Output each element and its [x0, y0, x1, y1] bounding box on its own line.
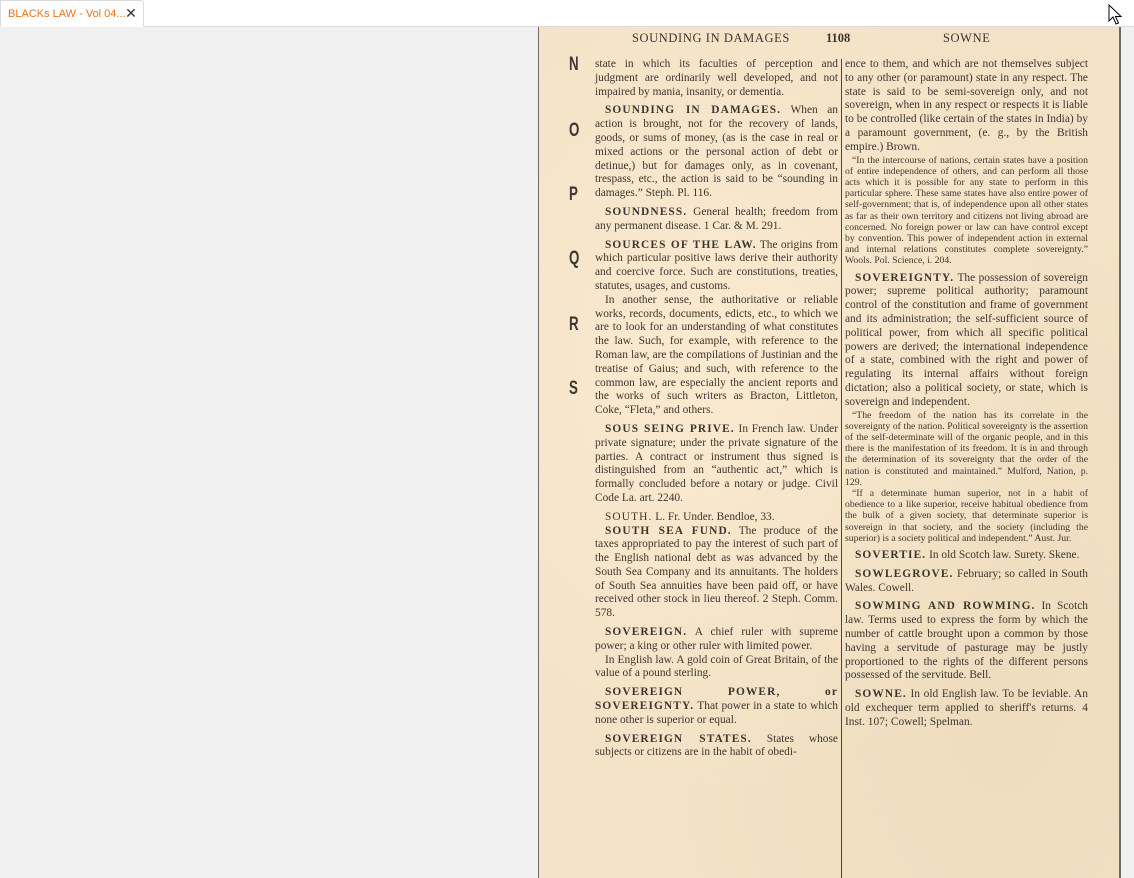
- entry-quotation: “The freedom of the nation has its corre…: [845, 410, 1088, 544]
- entry-headword: SOVERTIE.: [855, 549, 926, 561]
- entry-body: L. Fr. Under. Bendloe, 33.: [655, 511, 774, 523]
- entry-headword: SOVEREIGNTY.: [855, 272, 954, 284]
- entry-headword: SOWMING AND ROWMING.: [855, 600, 1036, 612]
- entry-body: In old Scotch law. Surety. Skene.: [929, 549, 1079, 561]
- page-header: SOUNDING IN DAMAGES 1108 SOWNE: [539, 31, 1119, 47]
- tab-bar: BLACKs LAW - Vol 04... ✕: [0, 0, 1134, 27]
- entry-headword: SOUS SEING PRIVE.: [605, 423, 735, 435]
- column-divider: [841, 59, 842, 878]
- entry-headword: SOVEREIGN.: [605, 626, 687, 638]
- entry-headword: SOUNDING IN DAMAGES.: [605, 104, 781, 116]
- left-column: state in which its faculties of percepti…: [595, 58, 838, 765]
- thumb-index-letter: Q: [569, 248, 579, 270]
- quotation-text: “In the intercourse of nations, certain …: [845, 155, 1088, 267]
- dictionary-entry: SOWMING AND ROWMING. In Scotch law. Term…: [845, 600, 1088, 683]
- entry-quotation: “In the intercourse of nations, certain …: [845, 155, 1088, 267]
- entry-headword: SOUTH SEA FUND.: [605, 525, 732, 537]
- dictionary-entry: SOUTH SEA FUND. The produce of the taxes…: [595, 525, 838, 622]
- entry-body: When an action is brought, not for the r…: [595, 104, 838, 199]
- entry-body: In French law. Under private signature; …: [595, 423, 838, 504]
- quotation-text: “The freedom of the nation has its corre…: [845, 410, 1088, 488]
- thumb-index-letter: R: [569, 314, 579, 336]
- dictionary-entry: SOUS SEING PRIVE. In French law. Under p…: [595, 423, 838, 506]
- quotation-text: “If a determinate human superior, not in…: [845, 488, 1088, 544]
- dictionary-entry: state in which its faculties of percepti…: [595, 58, 838, 99]
- entry-headword: SOWNE.: [855, 688, 907, 700]
- document-tab[interactable]: BLACKs LAW - Vol 04... ✕: [0, 0, 144, 27]
- close-icon[interactable]: ✕: [124, 6, 138, 20]
- thumb-index-letter: S: [569, 378, 578, 400]
- thumb-index-letter: O: [569, 120, 579, 142]
- dictionary-entry: ence to them, and which are not themselv…: [845, 58, 1088, 267]
- dictionary-entry: SOUNDNESS. General health; freedom from …: [595, 206, 838, 234]
- tab-title[interactable]: BLACKs LAW - Vol 04...: [8, 8, 126, 20]
- dictionary-entry: SOUTH. L. Fr. Under. Bendloe, 33.: [595, 511, 838, 525]
- dictionary-entry: SOUNDING IN DAMAGES. When an action is b…: [595, 104, 838, 201]
- mouse-pointer-icon: [1108, 4, 1124, 26]
- entry-body: The produce of the taxes appropriated to…: [595, 525, 838, 620]
- header-right-guideword: SOWNE: [943, 31, 990, 46]
- document-page: SOUNDING IN DAMAGES 1108 SOWNE N O P Q R…: [538, 27, 1121, 878]
- entry-headword: SOUTH.: [605, 511, 652, 523]
- header-left-guideword: SOUNDING IN DAMAGES: [632, 31, 790, 46]
- entry-headword: SOWLEGROVE.: [855, 568, 954, 580]
- entry-body: The possession of sovereign power; supre…: [845, 272, 1088, 408]
- document-viewer[interactable]: SOUNDING IN DAMAGES 1108 SOWNE N O P Q R…: [0, 27, 1134, 878]
- entry-body: ence to them, and which are not themselv…: [845, 58, 1088, 153]
- entry-body-continued: In English law. A gold coin of Great Bri…: [595, 654, 838, 680]
- entry-body-continued: In another sense, the authoritative or r…: [595, 294, 838, 416]
- entry-headword: SOVEREIGN STATES.: [605, 733, 752, 745]
- dictionary-entry: SOVEREIGN STATES. States whose subjects …: [595, 733, 838, 761]
- dictionary-entry: SOWLEGROVE. February; so called in South…: [845, 568, 1088, 596]
- dictionary-entry: SOVEREIGN POWER, or SOVEREIGNTY. That po…: [595, 686, 838, 727]
- dictionary-entry: SOVERTIE. In old Scotch law. Surety. Ske…: [845, 549, 1088, 563]
- entry-body: In Scotch law. Terms used to express the…: [845, 600, 1088, 681]
- thumb-index-letter: P: [569, 184, 578, 206]
- dictionary-entry: SOVEREIGN. A chief ruler with supreme po…: [595, 626, 838, 681]
- page-number: 1108: [826, 31, 850, 46]
- dictionary-entry: SOVEREIGNTY. The possession of sovereign…: [845, 272, 1088, 544]
- right-column: ence to them, and which are not themselv…: [845, 58, 1088, 735]
- entry-headword: SOURCES OF THE LAW.: [605, 239, 757, 251]
- dictionary-entry: SOURCES OF THE LAW. The origins from whi…: [595, 239, 838, 418]
- thumb-index-letter: N: [569, 54, 579, 76]
- dictionary-entry: SOWNE. In old English law. To be leviabl…: [845, 688, 1088, 729]
- entry-body: state in which its faculties of percepti…: [595, 58, 838, 98]
- entry-headword: SOUNDNESS.: [605, 206, 687, 218]
